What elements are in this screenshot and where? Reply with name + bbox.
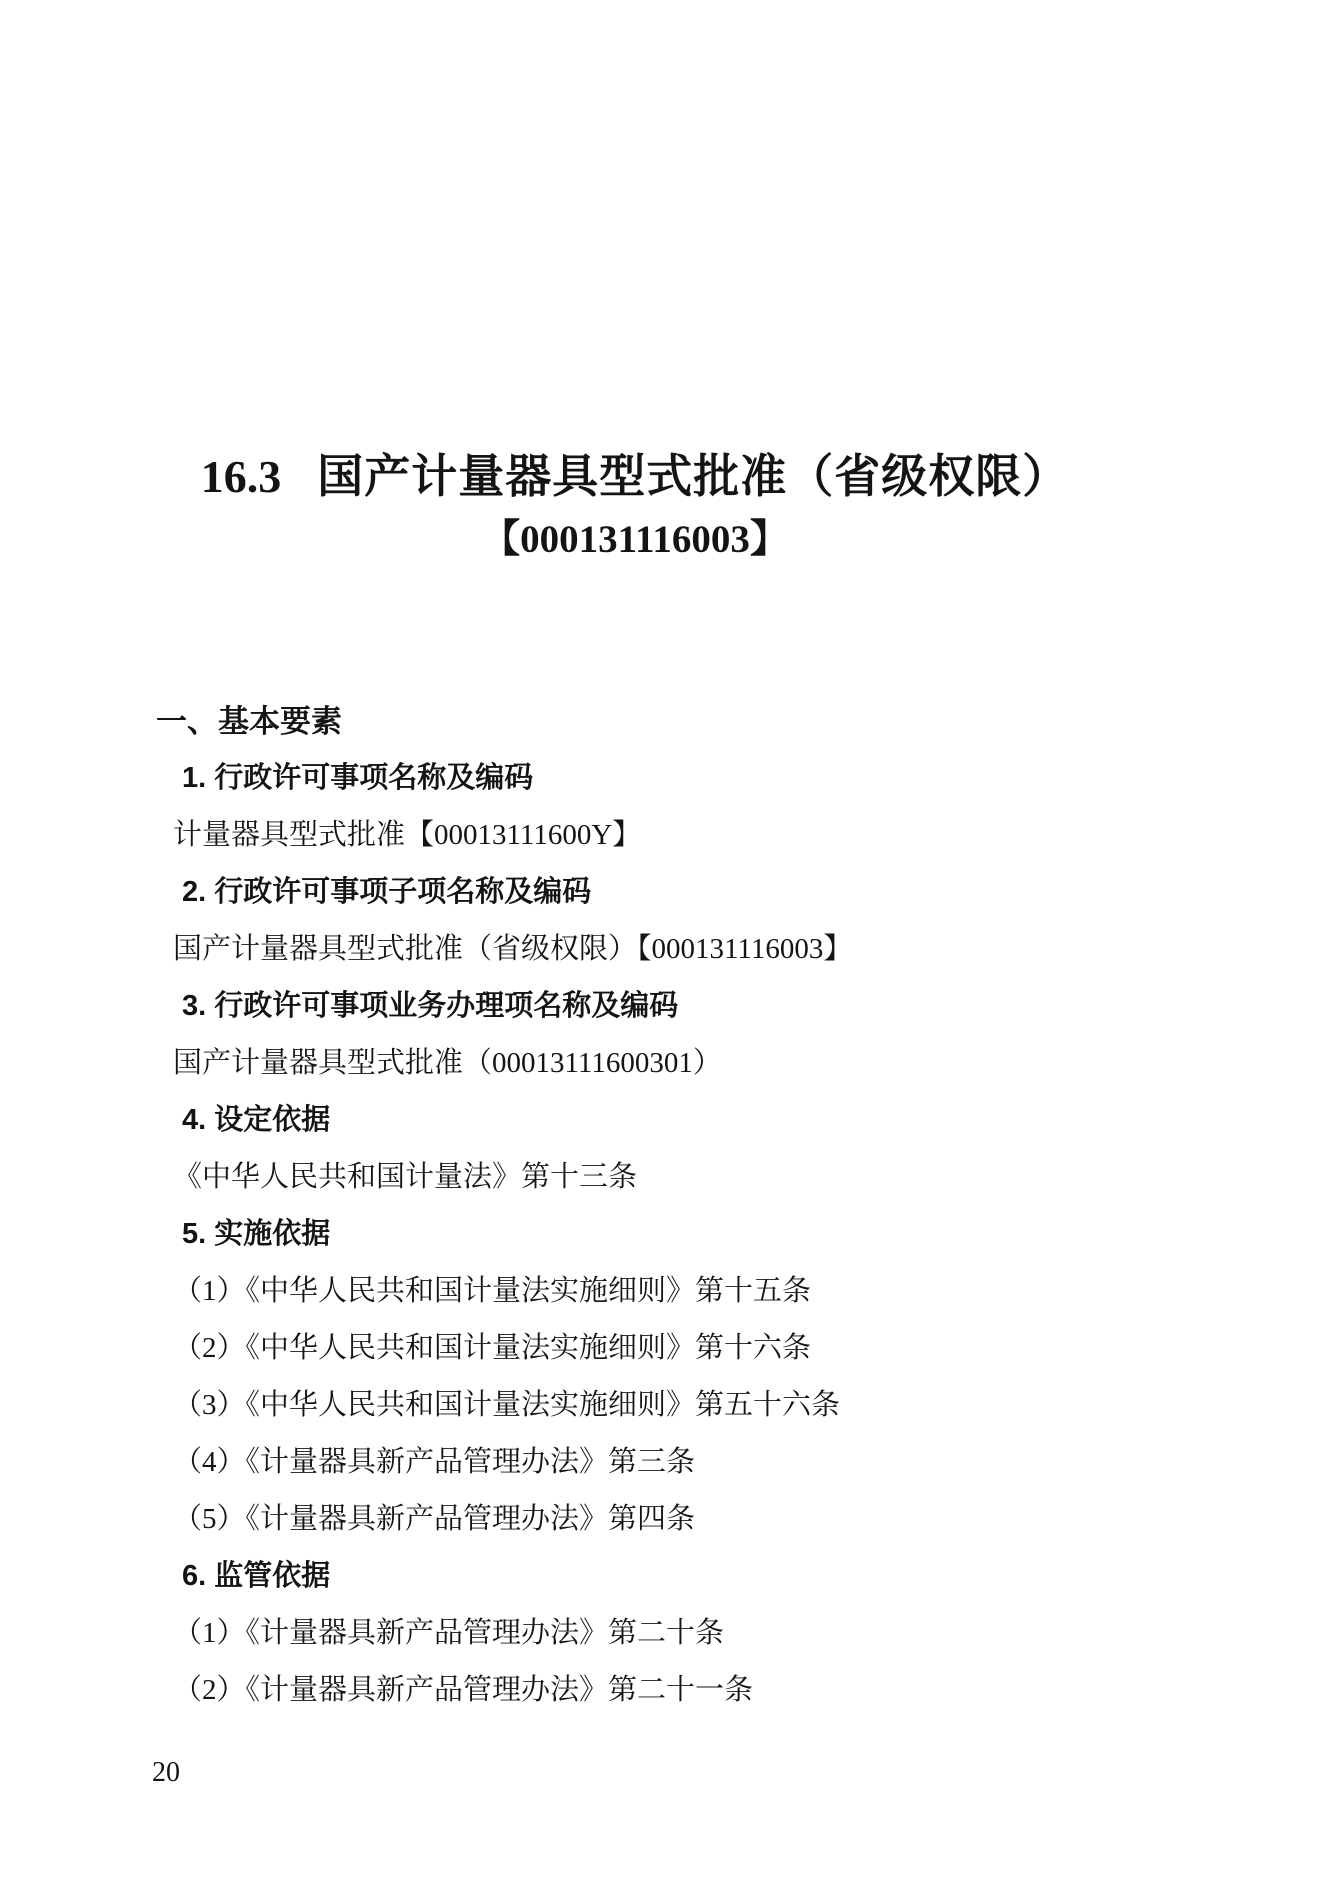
body-line: （2）《计量器具新产品管理办法》第二十一条 — [173, 1659, 1186, 1716]
body-line: 《中华人民共和国计量法》第十三条 — [173, 1146, 1186, 1203]
document-body: 一、基本要素1. 行政许可事项名称及编码计量器具型式批准【00013111600… — [156, 690, 1186, 1716]
numbered-subheading: 1. 行政许可事项名称及编码 — [182, 747, 1186, 804]
body-line: （4）《计量器具新产品管理办法》第三条 — [173, 1431, 1186, 1488]
numbered-subheading: 5. 实施依据 — [182, 1203, 1186, 1260]
body-line: （5）《计量器具新产品管理办法》第四条 — [173, 1488, 1186, 1545]
title-block: 16.3国产计量器具型式批准（省级权限） 【000131116003】 — [150, 446, 1120, 566]
section-title-text: 国产计量器具型式批准（省级权限） — [317, 451, 1069, 502]
page-title: 16.3国产计量器具型式批准（省级权限） — [150, 446, 1120, 508]
document-page: 16.3国产计量器具型式批准（省级权限） 【000131116003】 一、基本… — [0, 0, 1339, 1890]
body-line: 计量器具型式批准【00013111600Y】 — [173, 804, 1186, 861]
section-heading: 一、基本要素 — [156, 690, 1186, 747]
numbered-subheading: 4. 设定依据 — [182, 1089, 1186, 1146]
body-line: （3）《中华人民共和国计量法实施细则》第五十六条 — [173, 1374, 1186, 1431]
section-code: 【000131116003】 — [150, 514, 1120, 566]
body-line: 国产计量器具型式批准（省级权限）【000131116003】 — [173, 918, 1186, 975]
body-line: 国产计量器具型式批准（00013111600301） — [173, 1032, 1186, 1089]
body-line: （1）《中华人民共和国计量法实施细则》第十五条 — [173, 1260, 1186, 1317]
body-line: （1）《计量器具新产品管理办法》第二十条 — [173, 1602, 1186, 1659]
numbered-subheading: 6. 监管依据 — [182, 1545, 1186, 1602]
body-line: （2）《中华人民共和国计量法实施细则》第十六条 — [173, 1317, 1186, 1374]
numbered-subheading: 2. 行政许可事项子项名称及编码 — [182, 861, 1186, 918]
numbered-subheading: 3. 行政许可事项业务办理项名称及编码 — [182, 975, 1186, 1032]
page-number: 20 — [152, 1756, 180, 1790]
section-number: 16.3 — [201, 451, 282, 502]
